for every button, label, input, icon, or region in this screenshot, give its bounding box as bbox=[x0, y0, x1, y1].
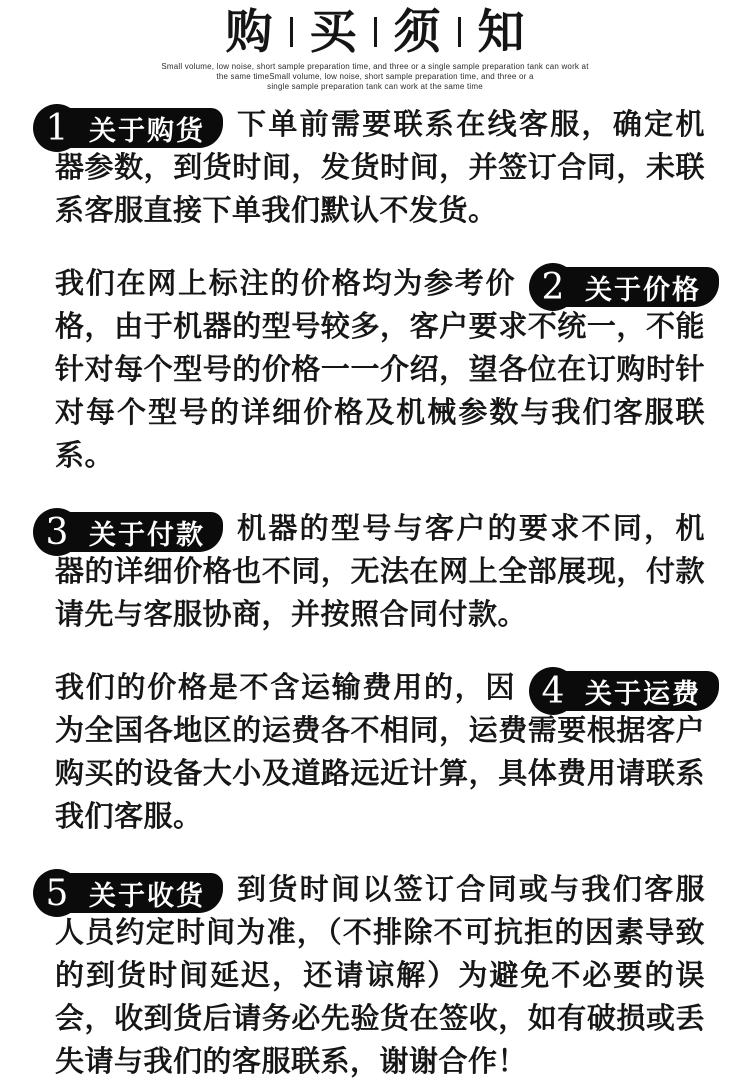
purchase-notice-page: 购 买 须 知 Small volume, low noise, short s… bbox=[0, 0, 750, 1084]
badge-number: 1 bbox=[33, 104, 81, 152]
notice-section-payment: 3 关于付款 机器的型号与客户的要求不同，机器的详细价格也不同，无法在网上全部展… bbox=[0, 508, 750, 637]
page-title: 购 买 须 知 bbox=[0, 6, 750, 58]
section-badge: 2 关于价格 bbox=[529, 263, 719, 311]
subtitle-line: single sample preparation tank can work … bbox=[0, 82, 750, 92]
badge-number: 3 bbox=[33, 508, 81, 556]
badge-number: 2 bbox=[529, 263, 577, 311]
title-divider bbox=[290, 17, 293, 47]
section-badge: 3 关于付款 bbox=[33, 508, 223, 556]
title-divider bbox=[374, 17, 377, 47]
title-char: 购 bbox=[226, 6, 273, 58]
section-badge: 4 关于运费 bbox=[529, 667, 719, 715]
notice-section-receiving: 5 关于收货 到货时间以签订合同或与我们客服人员约定时间为准，（不排除不可抗拒的… bbox=[0, 869, 750, 1084]
notice-section-price: 2 关于价格 我们在网上标注的价格均为参考价格，由于机器的型号较多，客户要求不统… bbox=[0, 263, 750, 478]
notice-section-shipping: 4 关于运费 我们的价格是不含运输费用的，因为全国各地区的运费各不相同，运费需要… bbox=[0, 667, 750, 839]
title-char: 买 bbox=[310, 6, 357, 58]
section-badge: 5 关于收货 bbox=[33, 869, 223, 917]
subtitle-en: Small volume, low noise, short sample pr… bbox=[0, 62, 750, 92]
section-badge: 1 关于购货 bbox=[33, 104, 223, 152]
title-divider bbox=[458, 17, 461, 47]
badge-number: 5 bbox=[33, 869, 81, 917]
notice-section-purchasing: 1 关于购货 下单前需要联系在线客服，确定机器参数，到货时间，发货时间，并签订合… bbox=[0, 104, 750, 233]
title-char: 须 bbox=[394, 6, 441, 58]
badge-number: 4 bbox=[529, 667, 577, 715]
subtitle-line: the same timeSmall volume, low noise, sh… bbox=[0, 72, 750, 82]
subtitle-line: Small volume, low noise, short sample pr… bbox=[0, 62, 750, 72]
title-char: 知 bbox=[478, 6, 525, 58]
